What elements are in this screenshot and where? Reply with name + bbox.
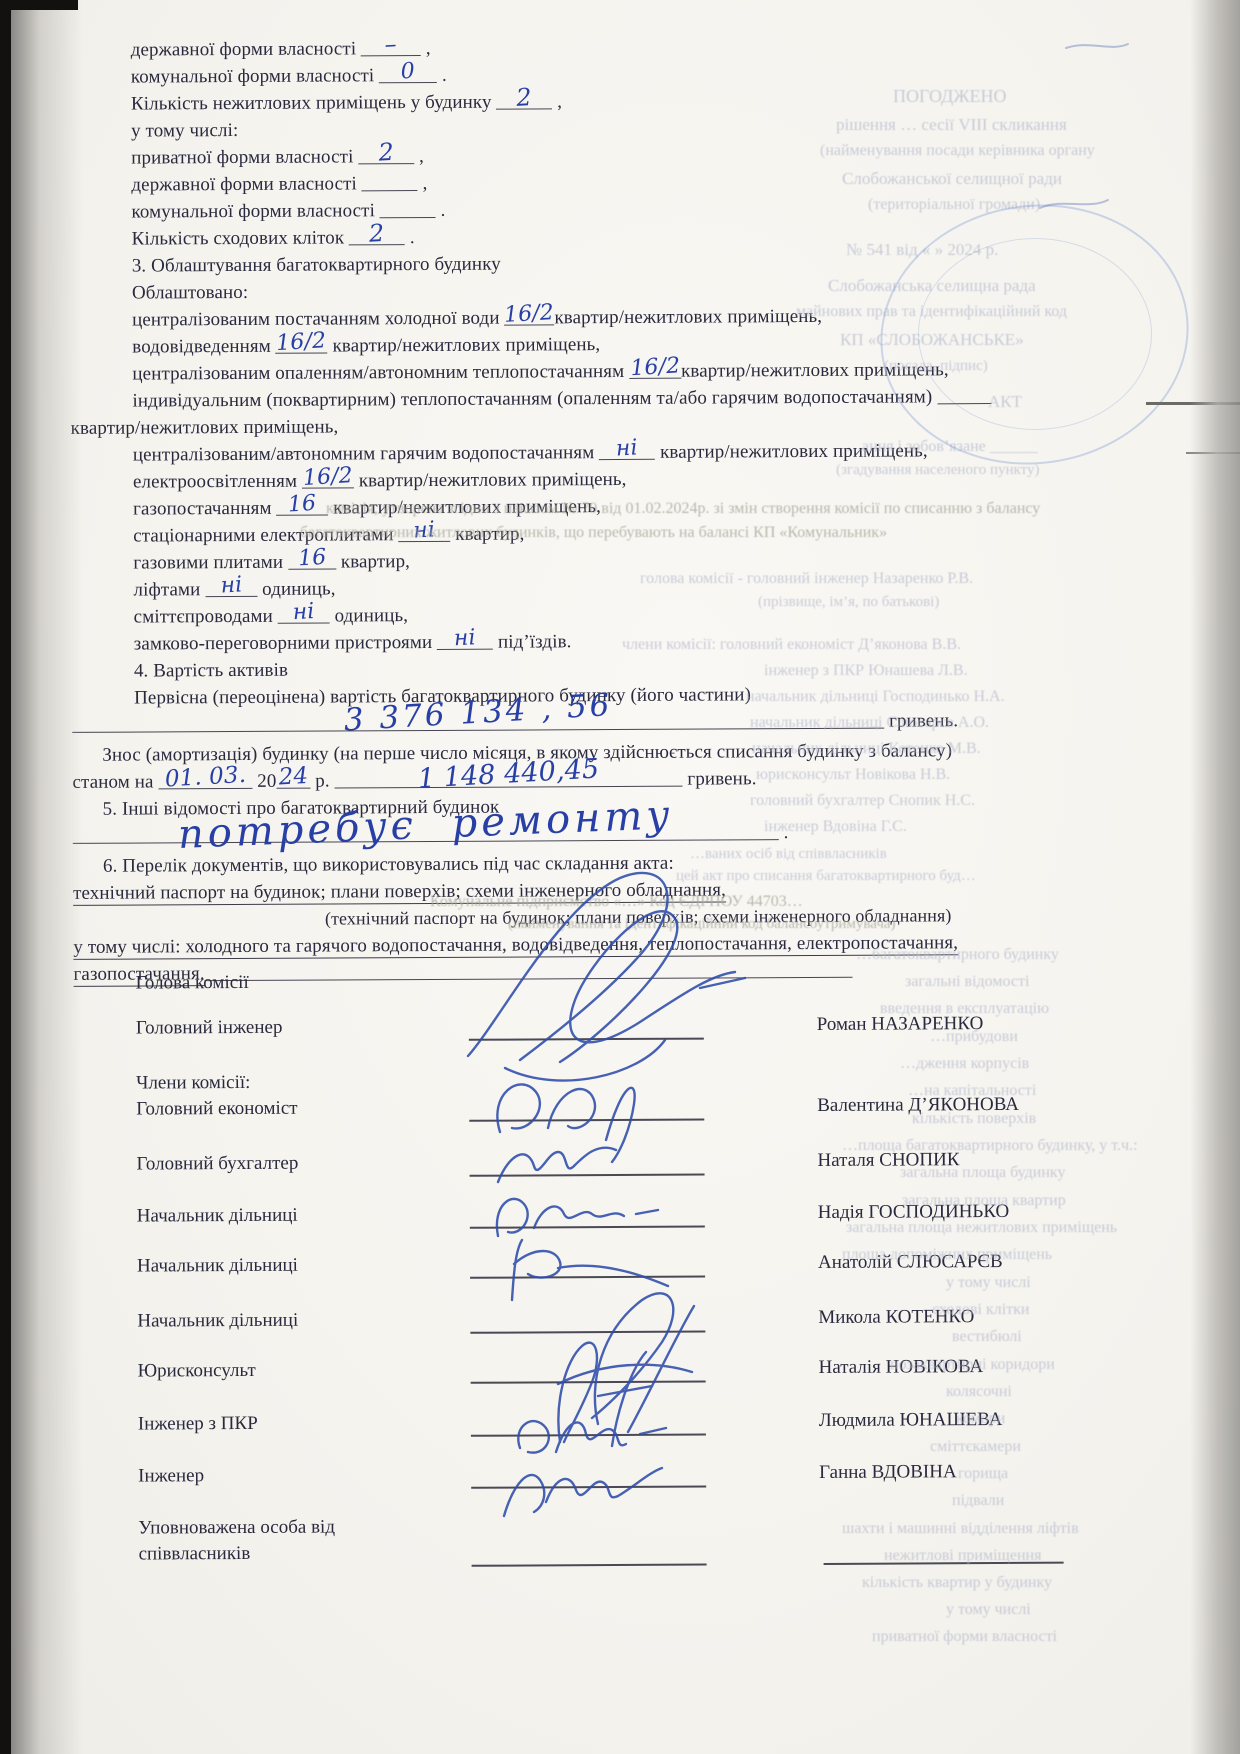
signatory-role: Члени комісії: xyxy=(136,1072,250,1095)
bleedthrough-text: сходові клітки xyxy=(932,1301,1030,1319)
bleedthrough-text: голова комісії - головний інженер Назаре… xyxy=(640,570,973,588)
handwritten-value: ні xyxy=(454,627,477,650)
page-curl-shadow-right xyxy=(1190,0,1240,1754)
bleedthrough-text: …прибудови xyxy=(930,1028,1018,1046)
bleedthrough-text: шахти і машинні відділення ліфтів xyxy=(842,1520,1079,1538)
handwritten-value: 2 xyxy=(516,85,533,110)
handwritten-value: 16/2 xyxy=(302,465,353,490)
bleedthrough-text: кількість квартир у будинку xyxy=(862,1574,1052,1592)
line-text: , xyxy=(414,146,424,167)
signatory-role: Головний бухгалтер xyxy=(136,1153,298,1176)
scanner-edge-left xyxy=(0,0,11,1754)
line-text: квартир/нежитлових приміщень, xyxy=(554,306,822,328)
blank-field xyxy=(380,199,436,218)
line-text: , xyxy=(552,91,562,112)
bleedthrough-text: начальник дільниці Господинько Н.А. xyxy=(746,688,1005,706)
line-text: квартир/нежитлових приміщень, xyxy=(328,334,601,356)
bleedthrough-text: багатоквартирних житлових будинків, що п… xyxy=(300,524,887,542)
line-text: Кількість сходових кліток xyxy=(132,227,349,249)
bleedthrough-text: загальні відомості xyxy=(905,973,1029,991)
bleedthrough-text: інженер Вдовіна Г.С. xyxy=(764,818,907,836)
bleedthrough-text: Комунальне підприємство «…» Код ЄДРПОУ 4… xyxy=(430,893,803,911)
line-text: одиниць, xyxy=(257,578,335,599)
bleedthrough-text: загальна площа квартир xyxy=(902,1192,1066,1210)
blank-field: 24 xyxy=(276,770,310,789)
handwritten-value: 24 xyxy=(278,765,309,790)
bleedthrough-text: (найменування посади керівника органу xyxy=(820,142,1095,160)
bleedthrough-text: головний бухгалтер Снопик Н.С. xyxy=(750,792,975,810)
line-text: газовими плитами xyxy=(133,552,288,574)
bleedthrough-text: …багатоквартирного будинку xyxy=(856,946,1059,964)
signatory-role: Начальник дільниці xyxy=(137,1205,298,1228)
line-text: , xyxy=(418,173,428,194)
blank-field: 01. 03. xyxy=(158,770,252,789)
blank-field: ні xyxy=(599,441,655,460)
signature-row: ІнженерГанна ВДОВІНА xyxy=(76,1460,1206,1496)
bleedthrough-text: загальна площа нежитлових приміщень xyxy=(846,1219,1117,1237)
blank-field: 2 xyxy=(496,90,552,109)
line-text: , xyxy=(421,38,431,59)
scanner-edge-left-shadow xyxy=(11,0,83,1754)
blank-field: 16 xyxy=(288,550,336,569)
signatory-role-line2: співвласників xyxy=(138,1543,250,1566)
signatory-role: Головний економіст xyxy=(136,1098,297,1121)
signature-line xyxy=(469,1118,704,1122)
handwritten-value: ні xyxy=(220,574,243,597)
bleedthrough-text: начальник дільниці Слюсарєв А.О. xyxy=(750,714,989,732)
signatory-role: Голова комісії xyxy=(135,972,248,995)
handwritten-value: – xyxy=(384,32,397,57)
signature-line xyxy=(471,1380,706,1384)
signature-line xyxy=(471,1485,706,1489)
signature-line xyxy=(470,1275,705,1279)
bleedthrough-text: загальна площа будинку xyxy=(900,1164,1065,1182)
line-text: ліфтами xyxy=(133,579,205,600)
handwritten-value: 0 xyxy=(400,61,415,84)
bleedthrough-text: підвали xyxy=(952,1492,1004,1510)
blank-field: 2 xyxy=(358,145,414,164)
bleedthrough-text: у тому числі xyxy=(946,1601,1031,1619)
line-text: комунальної форми власності xyxy=(131,200,379,222)
signatory-name: Ганна ВДОВІНА xyxy=(819,1461,957,1484)
bleedthrough-text: колясочні xyxy=(946,1383,1012,1401)
line-text: електроосвітленням xyxy=(133,471,302,493)
handwritten-value: 16/2 xyxy=(504,302,555,327)
line-text: комунальної форми власності xyxy=(131,65,379,87)
bleedthrough-text: …на капітальності xyxy=(908,1082,1036,1100)
bleedthrough-text: сміттєкамери xyxy=(930,1438,1021,1456)
line-text: 6. Перелік документів, що використовувал… xyxy=(103,853,674,877)
bleedthrough-text: комори xyxy=(956,1410,1005,1428)
signature-line xyxy=(469,1037,704,1041)
line-text: у тому числі: xyxy=(131,120,238,142)
bleedthrough-text: вестибюлі xyxy=(952,1328,1022,1346)
handwritten-value: 01. 03. xyxy=(164,764,246,792)
bleedthrough-text: …дження корпусів xyxy=(900,1055,1029,1073)
handwritten-value: 16/2 xyxy=(630,355,681,380)
signatory-role: Головний інженер xyxy=(136,1017,283,1040)
signature-row: Інженер з ПКРЛюдмила ЮНАШЕВА xyxy=(76,1408,1206,1444)
signature-line xyxy=(470,1330,705,1334)
line-text: державної форми власності xyxy=(131,173,361,195)
line-text: централізованим постачанням холодної вод… xyxy=(132,308,504,331)
bleedthrough-text: (прізвище, ім’я, по батькові) xyxy=(758,594,939,611)
handwritten-value: 2 xyxy=(378,140,395,165)
line-text: приватної форми власності xyxy=(131,146,358,168)
signatory-role: Інженер xyxy=(138,1465,204,1487)
line-text: . xyxy=(436,200,446,221)
handwritten-value: 2 xyxy=(369,221,386,246)
bleedthrough-text: …площа багатоквартирного будинку, у т.ч.… xyxy=(842,1137,1138,1155)
line-text: одиниць, xyxy=(330,605,408,626)
bleedthrough-text: введення в експлуатацію xyxy=(880,1000,1049,1018)
blank-field: ні xyxy=(437,631,493,650)
bleedthrough-text: інженер з ПКР Юнашева Л.В. xyxy=(764,662,968,680)
underlined-text: у тому числі: холодного та гарячого водо… xyxy=(73,932,958,960)
line-text: 20 xyxy=(252,771,276,792)
bleedthrough-text: ПОГОДЖЕНО xyxy=(893,86,1006,107)
line-text: квартир, xyxy=(336,551,410,572)
bleedthrough-text: позаквартирні коридори xyxy=(890,1356,1055,1374)
line-text: р. xyxy=(310,770,334,791)
line-text: . xyxy=(405,227,415,248)
line-text: 3. Облаштування багатоквартирного будинк… xyxy=(132,254,501,277)
bleedthrough-text: Слобожанської селищної ради xyxy=(842,169,1062,189)
signature-line xyxy=(471,1433,706,1437)
line-text: централізованим/автономним гарячим водоп… xyxy=(133,442,600,465)
blank-field: 16/2 xyxy=(629,360,681,379)
blank-field xyxy=(362,172,418,191)
handwritten-value: ні xyxy=(292,601,315,624)
handwritten-value: ні xyxy=(616,437,639,460)
blank-field: 16/2 xyxy=(504,306,554,325)
signatory-role: Юрисконсульт xyxy=(138,1360,256,1383)
bleedthrough-text: площа допоміжних приміщень xyxy=(842,1246,1052,1264)
line-text: станом на xyxy=(72,771,158,792)
bleedthrough-text: юрисконсульт Новікова Н.В. xyxy=(756,766,950,784)
blank-field: 1 148 440,45 xyxy=(334,768,682,789)
scanner-edge-top xyxy=(0,0,78,10)
blank-field: 16/2 xyxy=(276,335,328,354)
line-text: гривень. xyxy=(682,768,756,789)
blank-field: 0 xyxy=(379,64,437,83)
line-text: квартир/нежитлових приміщень, xyxy=(71,416,339,438)
line-text: централізованим опаленням/автономним теп… xyxy=(132,361,629,385)
signatory-role: Начальник дільниці xyxy=(137,1310,298,1333)
line-text: замково-переговорними пристроями xyxy=(134,632,437,655)
line-text: індивідуальним (поквартирним) теплопоста… xyxy=(132,386,937,411)
signatory-role: Інженер з ПКР xyxy=(138,1413,258,1436)
bleedthrough-text: приватної форми власності xyxy=(872,1628,1057,1646)
signatory-role: Начальник дільниці xyxy=(137,1255,298,1278)
bleedthrough-text: начальник дільниці Котенко М.В. xyxy=(752,740,981,758)
bleedthrough-text: …ваних осіб від співвласників xyxy=(690,846,887,863)
blank-field: 2 xyxy=(349,226,405,245)
blank-field: ні xyxy=(205,578,257,597)
line-text: державної форми власності xyxy=(131,38,361,60)
signature-line xyxy=(470,1173,705,1177)
line-text: . xyxy=(437,65,447,86)
signatory-role: Уповноважена особа від xyxy=(138,1517,335,1540)
stamp-bleedthrough-inner-ring xyxy=(918,238,1152,430)
bleedthrough-text: цей акт про списання багатоквартирного б… xyxy=(676,868,976,885)
line-text: квартир/нежитлових приміщень, xyxy=(354,469,627,491)
signature-row: Начальник дільниціМикола КОТЕНКО xyxy=(75,1305,1205,1341)
handwritten-value: 16/2 xyxy=(276,330,327,355)
handwritten-value: 16 xyxy=(288,493,317,517)
bleedthrough-text: горища xyxy=(958,1465,1008,1483)
bleedthrough-text: кількість поверхів xyxy=(912,1110,1036,1128)
blank-field: 16/2 xyxy=(302,469,354,488)
bleedthrough-text: (найменування та ідентифікаційний код ба… xyxy=(508,916,896,933)
blank-field: потребує ремонту xyxy=(73,821,779,844)
signature-line xyxy=(470,1225,705,1229)
blank-field: ні xyxy=(278,605,330,624)
line-text: під’їздів. xyxy=(493,631,572,652)
bleedthrough-text: у тому числі xyxy=(946,1274,1031,1292)
bleedthrough-text: комісія, утворена згідно з наказом № 70 … xyxy=(326,500,1040,518)
bleedthrough-text: (згадування населеного пункту) xyxy=(836,462,1040,479)
blank-field: – xyxy=(361,37,421,56)
line-text: Кількість нежитлових приміщень у будинку xyxy=(131,92,497,115)
scanned-page: ПОГОДЖЕНОрішення … сесії VIII скликання(… xyxy=(0,0,1240,1754)
handwritten-value: 16 xyxy=(297,547,326,571)
line-text: водовідведенням xyxy=(132,336,276,358)
signature-line xyxy=(472,1563,707,1567)
line-text: сміттєпроводами xyxy=(134,606,278,628)
line-text: Облаштовано: xyxy=(132,282,248,304)
bleedthrough-text: нежитлові приміщення xyxy=(884,1547,1041,1565)
bleedthrough-text: члени комісії: головний економіст Д’якон… xyxy=(622,636,961,654)
line-text: 4. Вартість активів xyxy=(134,660,288,682)
line-text: газопостачанням xyxy=(133,498,276,520)
blank-field: 16 xyxy=(276,497,328,516)
signature-row: Голова комісії xyxy=(73,967,1203,1003)
bleedthrough-text: рішення … сесії VIII скликання xyxy=(836,115,1067,135)
